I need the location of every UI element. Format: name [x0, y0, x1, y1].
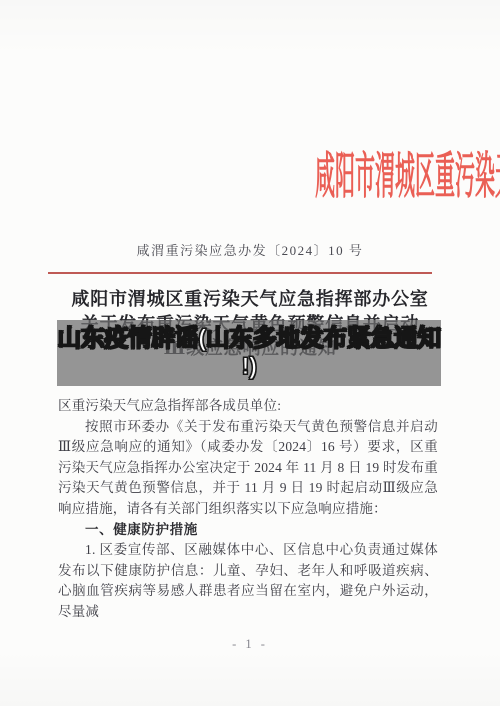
- document-title-line-1: 咸阳市渭城区重污染天气应急指挥部办公室: [0, 287, 500, 312]
- body-salutation: 区重污染天气应急指挥部各成员单位:: [58, 396, 438, 417]
- red-divider-rule: [48, 272, 432, 274]
- caption-line-1: 山东疫情辟谣(山东多地发布紧急通知: [57, 325, 441, 353]
- document-number: 咸渭重污染应急办发〔2024〕10 号: [0, 240, 500, 259]
- letterhead-red-title: 咸阳市渭城区重污染天气应急指挥部办公室文件: [0, 148, 500, 204]
- page-number: - 1 -: [0, 637, 500, 652]
- letterhead-text: 咸阳市渭城区重污染天气应急指挥部办公室文件: [315, 148, 500, 204]
- body-paragraph-1: 按照市环委办《关于发布重污染天气黄色预警信息并启动Ⅲ级应急响应的通知》（咸委办发…: [58, 417, 438, 520]
- caption-overlay-text: 山东疫情辟谣(山东多地发布紧急通知 !): [57, 325, 441, 381]
- document-body: 区重污染天气应急指挥部各成员单位: 按照市环委办《关于发布重污染天气黄色预警信息…: [58, 396, 438, 623]
- caption-overlay-banner: 山东疫情辟谣(山东多地发布紧急通知 !): [57, 320, 441, 386]
- caption-line-2: !): [57, 353, 441, 381]
- official-document-page: 咸阳市渭城区重污染天气应急指挥部办公室文件 咸渭重污染应急办发〔2024〕10 …: [0, 0, 500, 706]
- body-section-heading: 一、健康防护措施: [58, 520, 438, 541]
- body-paragraph-2: 1. 区委宣传部、区融媒体中心、区信息中心负责通过媒体发布以下健康防护信息：儿童…: [58, 540, 438, 622]
